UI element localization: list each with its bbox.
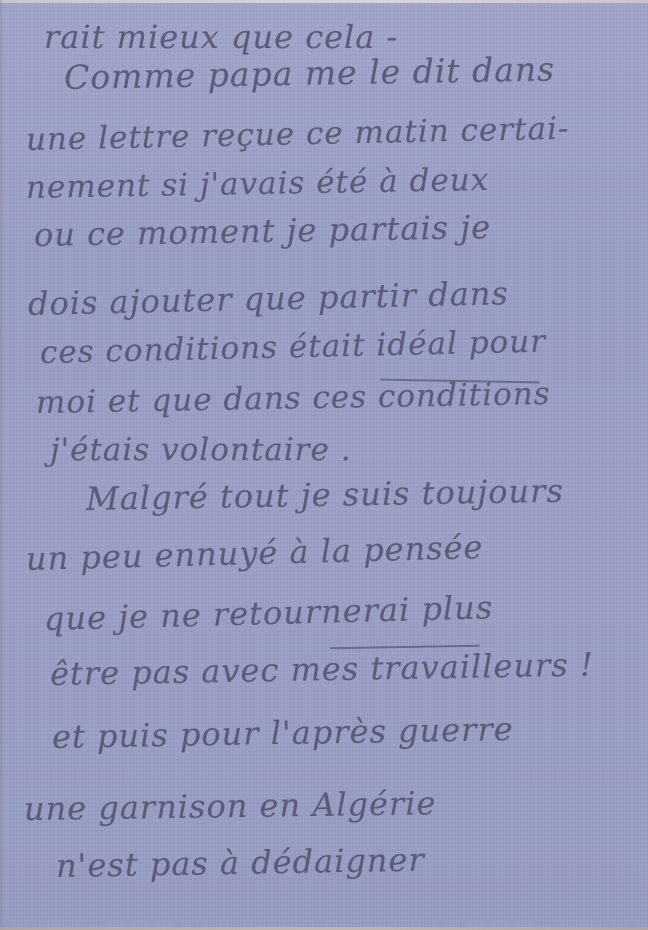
handwritten-line-9: j'étais volontaire . [50, 432, 352, 468]
handwritten-line-5: ou ce moment je partais je [34, 208, 492, 254]
handwritten-line-11: un peu ennuyé à la pensée [26, 528, 484, 578]
handwritten-line-3: une lettre reçue ce matin certai- [26, 111, 570, 158]
handwritten-line-16: n'est pas à dédaigner [56, 841, 425, 885]
handwritten-line-6: dois ajouter que partir dans [28, 274, 510, 323]
handwritten-line-14: et puis pour l'après guerre [52, 710, 514, 756]
handwritten-line-13: être pas avec mes travailleurs ! [50, 646, 594, 693]
handwritten-line-1: rait mieux que cela - [44, 18, 398, 56]
paper-top-edge [0, 0, 648, 3]
handwritten-line-4: nement si j'avais été à deux [26, 162, 490, 206]
handwritten-line-10: Malgré tout je suis toujours [86, 472, 564, 518]
letter-page: rait mieux que cela - Comme papa me le d… [0, 0, 648, 930]
handwritten-line-7: ces conditions était idéal pour [40, 324, 547, 371]
handwritten-line-12: que je ne retournerai plus [44, 588, 494, 638]
handwritten-line-8: moi et que dans ces conditions [36, 376, 551, 421]
handwritten-line-15: une garnison en Algérie [24, 784, 437, 828]
handwritten-line-2: Comme papa me le dit dans [64, 49, 556, 97]
paper-left-edge [0, 0, 4, 930]
